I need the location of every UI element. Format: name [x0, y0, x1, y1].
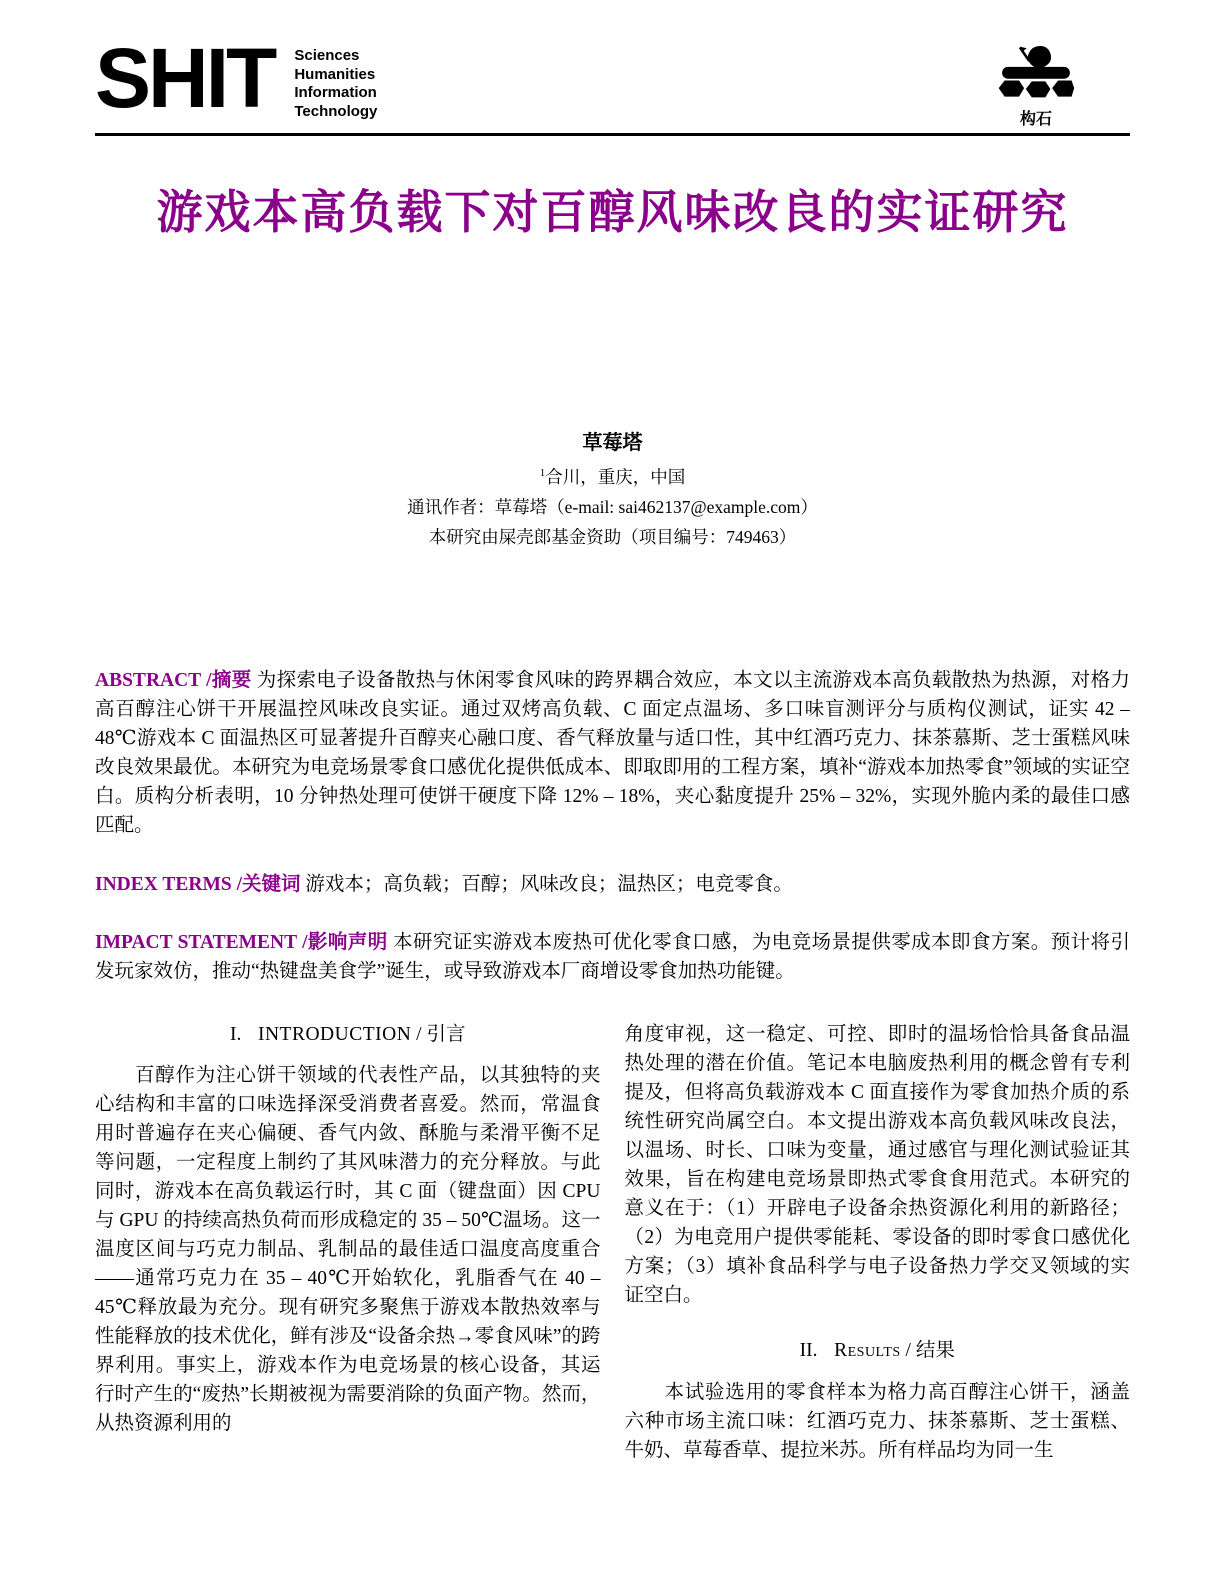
section-title-zh: / 结果 — [906, 1340, 955, 1361]
tagline-line: Technology — [294, 104, 377, 121]
impact-statement-label: IMPACT STATEMENT /影响声明 — [95, 932, 388, 953]
author-name: 草莓塔 — [95, 428, 1130, 458]
index-terms-paragraph: INDEX TERMS /关键词 游戏本；高负载；百醇；风味改良；温热区；电竞零… — [95, 870, 1130, 899]
results-paragraph: 本试验选用的零食样本为格力高百醇注心饼干，涵盖六种市场主流口味：红酒巧克力、抹茶… — [625, 1378, 1131, 1465]
paper-title: 游戏本高负载下对百醇风味改良的实证研究 — [95, 176, 1130, 242]
results-heading: II.Results / 结果 — [625, 1336, 1131, 1365]
masthead-rule — [95, 133, 1130, 136]
journal-logo: SHIT — [95, 46, 274, 112]
funding-line: 本研究由屎壳郎基金资助（项目编号：749463） — [95, 522, 1130, 552]
badge-label: 构石 — [994, 106, 1078, 129]
abstract-label: ABSTRACT /摘要 — [95, 670, 252, 691]
introduction-paragraph: 百醇作为注心饼干领域的代表性产品，以其独特的夹心结构和丰富的口味选择深受消费者喜… — [95, 1061, 601, 1438]
section-title-en: INTRODUCTION — [258, 1024, 411, 1045]
journal-badge: 构石 — [994, 44, 1078, 129]
body-columns: I.INTRODUCTION / 引言 百醇作为注心饼干领域的代表性产品，以其独… — [95, 1020, 1130, 1465]
paper-page: SHIT Sciences Humanities Information Tec… — [0, 0, 1224, 1584]
stone-pile-icon — [997, 87, 1075, 104]
tagline-line: Information — [294, 85, 377, 102]
tagline-line: Humanities — [294, 67, 377, 84]
journal-logo-block: SHIT Sciences Humanities Information Tec… — [95, 40, 377, 122]
corresponding-author-line: 通讯作者：草莓塔（e-mail: sai462137@example.com） — [95, 492, 1130, 522]
section-title-zh: / 引言 — [416, 1024, 465, 1045]
index-terms-text: 游戏本；高负载；百醇；风味改良；温热区；电竞零食。 — [305, 874, 793, 895]
section-title-en: Results — [834, 1340, 901, 1361]
right-column: 角度审视，这一稳定、可控、即时的温场恰恰具备食品温热处理的潜在价值。笔记本电脑废… — [625, 1020, 1131, 1465]
tagline-line: Sciences — [294, 48, 377, 65]
abstract-text: 为探索电子设备散热与休闲零食风味的跨界耦合效应，本文以主流游戏本高负载散热为热源… — [95, 670, 1130, 836]
introduction-heading: I.INTRODUCTION / 引言 — [95, 1020, 601, 1049]
impact-statement-paragraph: IMPACT STATEMENT /影响声明 本研究证实游戏本废热可优化零食口感… — [95, 928, 1130, 986]
left-column: I.INTRODUCTION / 引言 百醇作为注心饼干领域的代表性产品，以其独… — [95, 1020, 601, 1465]
index-terms-label: INDEX TERMS /关键词 — [95, 874, 301, 895]
author-affiliation: 1合川，重庆，中国 — [95, 458, 1130, 492]
affiliation-text: 合川，重庆，中国 — [545, 467, 685, 487]
introduction-paragraph-continued: 角度审视，这一稳定、可控、即时的温场恰恰具备食品温热处理的潜在价值。笔记本电脑废… — [625, 1020, 1131, 1310]
section-numeral: I. — [230, 1024, 241, 1045]
journal-tagline: Sciences Humanities Information Technolo… — [294, 48, 377, 122]
section-numeral: II. — [800, 1340, 818, 1361]
journal-masthead: SHIT Sciences Humanities Information Tec… — [95, 40, 1130, 129]
author-block: 草莓塔 1合川，重庆，中国 通讯作者：草莓塔（e-mail: sai462137… — [95, 428, 1130, 552]
abstract-paragraph: ABSTRACT /摘要 为探索电子设备散热与休闲零食风味的跨界耦合效应，本文以… — [95, 666, 1130, 840]
